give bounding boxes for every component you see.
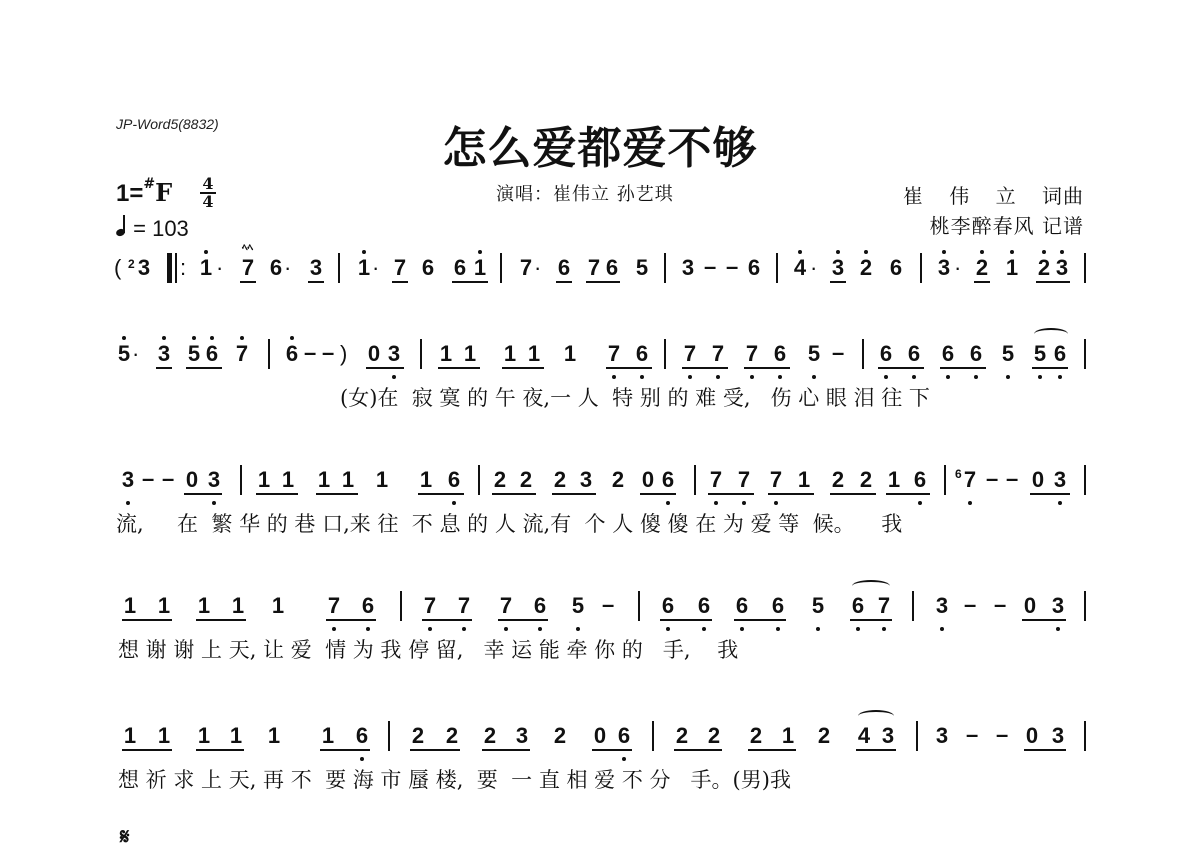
- hold-dash: –: [964, 594, 976, 616]
- note: 7: [456, 595, 472, 617]
- octave-down-dot: [856, 627, 860, 631]
- note: 6: [452, 257, 468, 279]
- note: 5: [1000, 343, 1016, 365]
- lyric-line: 流, 在 繁 华 的 巷 口,来 往 不 息 的 人 流,有 个 人 傻 傻 在…: [116, 508, 902, 538]
- note: 7: [606, 343, 622, 365]
- beam-underline: [122, 619, 172, 621]
- note: 7: [326, 595, 342, 617]
- barline: [268, 339, 270, 369]
- beam-underline: [326, 619, 376, 621]
- hold-dash: –: [304, 342, 316, 364]
- quarter-note-stem: [123, 215, 125, 233]
- note: 6: [906, 343, 922, 365]
- barline: [400, 591, 402, 621]
- note: 1: [156, 725, 172, 747]
- note: 6: [446, 469, 462, 491]
- note: 3: [880, 725, 896, 747]
- hold-dash: –: [162, 468, 174, 490]
- barline: [500, 253, 502, 283]
- note: 3: [308, 257, 324, 279]
- beam-underline: [748, 749, 796, 751]
- segno-icon: 𝄋: [120, 824, 129, 850]
- beam-underline: [320, 749, 370, 751]
- note: 6: [1052, 343, 1068, 365]
- beam-underline: [1036, 281, 1070, 283]
- octave-down-dot: [666, 501, 670, 505]
- note: 7: [234, 343, 250, 365]
- note: 6: [634, 343, 650, 365]
- beam-underline: [552, 493, 596, 495]
- beam-underline: [660, 619, 712, 621]
- meter-top: 4: [200, 176, 216, 192]
- note: 3: [206, 469, 222, 491]
- barline: [912, 591, 914, 621]
- note: 3: [386, 343, 402, 365]
- octave-down-dot: [392, 375, 396, 379]
- beam-underline: [734, 619, 786, 621]
- beam-underline: [886, 493, 930, 495]
- beam-underline: [366, 367, 404, 369]
- octave-down-dot: [740, 627, 744, 631]
- note: 1: [230, 595, 246, 617]
- notation-symbol: ·: [132, 343, 139, 365]
- octave-up-dot: [980, 250, 984, 254]
- note: 6: [746, 257, 762, 279]
- slur-tie: [1034, 328, 1068, 340]
- note: 7: [498, 595, 514, 617]
- beam-underline: [744, 367, 790, 369]
- note: 3: [578, 469, 594, 491]
- octave-down-dot: [882, 627, 886, 631]
- beam-underline: [156, 367, 172, 369]
- note: 1: [462, 343, 478, 365]
- note: 2: [858, 469, 874, 491]
- note: 2: [830, 469, 846, 491]
- mordent-icon: ﾍﾍ: [242, 243, 253, 254]
- beam-underline: [830, 281, 846, 283]
- octave-down-dot: [622, 757, 626, 761]
- singer-credit: 演唱：崔伟立 孙艺琪: [496, 180, 674, 206]
- note: 7: [744, 343, 760, 365]
- octave-down-dot: [884, 375, 888, 379]
- note: 0: [366, 343, 382, 365]
- octave-down-dot: [716, 375, 720, 379]
- beam-underline: [308, 281, 324, 283]
- note: 6: [660, 595, 676, 617]
- note: 6: [604, 257, 620, 279]
- note: 6: [360, 595, 376, 617]
- barline: [862, 339, 864, 369]
- barline: [388, 721, 390, 751]
- notation-symbol: ·: [534, 257, 541, 279]
- note: 1: [316, 469, 332, 491]
- octave-down-dot: [126, 501, 130, 505]
- hold-dash: –: [726, 256, 738, 278]
- barline: [338, 253, 340, 283]
- octave-up-dot: [942, 250, 946, 254]
- note: 1: [526, 343, 542, 365]
- note: 2: [1036, 257, 1052, 279]
- note: 3: [680, 257, 696, 279]
- octave-up-dot: [122, 336, 126, 340]
- octave-down-dot: [640, 375, 644, 379]
- note: 2: [518, 469, 534, 491]
- octave-down-dot: [666, 627, 670, 631]
- note: 5: [116, 343, 132, 365]
- lyric-line: (女)在 寂 寞 的 午 夜,一 人 特 别 的 难 受, 伤 心 眼 泪 往 …: [340, 382, 930, 412]
- note: 7: [876, 595, 892, 617]
- octave-down-dot: [504, 627, 508, 631]
- beam-underline: [492, 493, 536, 495]
- beam-underline: [830, 493, 876, 495]
- octave-down-dot: [612, 375, 616, 379]
- grace-note: 2: [128, 258, 135, 270]
- note: 1: [796, 469, 812, 491]
- note: 5: [806, 343, 822, 365]
- note: 2: [552, 469, 568, 491]
- notation-symbol: ): [340, 343, 347, 365]
- beam-underline: [674, 749, 722, 751]
- key-signature: 1=#F: [116, 178, 172, 208]
- note: 6: [968, 343, 984, 365]
- beam-underline: [186, 367, 222, 369]
- beam-underline: [196, 749, 244, 751]
- octave-down-dot: [212, 501, 216, 505]
- song-title: 怎么爱都爱不够: [0, 112, 1200, 176]
- hold-dash: –: [986, 468, 998, 490]
- octave-down-dot: [332, 627, 336, 631]
- note: 6: [616, 725, 632, 747]
- hold-dash: –: [322, 342, 334, 364]
- notation-symbol: ·: [954, 257, 961, 279]
- beam-underline: [316, 493, 358, 495]
- octave-up-dot: [210, 336, 214, 340]
- note: 6: [772, 343, 788, 365]
- barline: [240, 465, 242, 495]
- octave-down-dot: [360, 757, 364, 761]
- note: 1: [228, 725, 244, 747]
- notation-symbol: ·: [372, 257, 379, 279]
- note: 7: [422, 595, 438, 617]
- note: 1: [502, 343, 518, 365]
- beam-underline: [640, 493, 676, 495]
- key-note: F: [155, 178, 172, 207]
- note: 1: [156, 595, 172, 617]
- note: 7: [518, 257, 534, 279]
- note: 6: [878, 343, 894, 365]
- repeat-barline: [167, 253, 172, 283]
- beam-underline: [122, 749, 172, 751]
- transcriber-credit: 桃李醉春风 记谱: [930, 210, 1084, 239]
- tempo-value: = 103: [133, 216, 189, 241]
- octave-up-dot: [162, 336, 166, 340]
- barline: [920, 253, 922, 283]
- barline: [1084, 339, 1086, 369]
- octave-down-dot: [918, 501, 922, 505]
- beam-underline: [592, 749, 632, 751]
- note: 6: [556, 257, 572, 279]
- beam-underline: [418, 493, 464, 495]
- hold-dash: –: [602, 594, 614, 616]
- beam-underline: [1032, 367, 1068, 369]
- beam-underline: [452, 281, 488, 283]
- note: 1: [320, 725, 336, 747]
- beam-underline: [482, 749, 530, 751]
- note: 1: [280, 469, 296, 491]
- note: 7: [392, 257, 408, 279]
- note: 2: [816, 725, 832, 747]
- hold-dash: –: [1006, 468, 1018, 490]
- barline: [175, 253, 177, 283]
- octave-down-dot: [912, 375, 916, 379]
- beam-underline: [422, 619, 472, 621]
- barline: [652, 721, 654, 751]
- beam-underline: [184, 493, 222, 495]
- note: 3: [936, 257, 952, 279]
- hold-dash: –: [966, 724, 978, 746]
- beam-underline: [974, 281, 990, 283]
- barline: [1084, 721, 1086, 751]
- note: 2: [974, 257, 990, 279]
- note: 3: [120, 469, 136, 491]
- note: 4: [856, 725, 872, 747]
- note: 0: [640, 469, 656, 491]
- octave-down-dot: [968, 501, 972, 505]
- barline: [944, 465, 946, 495]
- octave-up-dot: [362, 250, 366, 254]
- note: 2: [444, 725, 460, 747]
- beam-underline: [708, 493, 754, 495]
- note: 1: [886, 469, 902, 491]
- beam-underline: [1024, 749, 1066, 751]
- note: 5: [1032, 343, 1048, 365]
- tempo-marking: = 103: [116, 216, 189, 242]
- note: 3: [136, 257, 152, 279]
- octave-down-dot: [1006, 375, 1010, 379]
- barline: [1084, 591, 1086, 621]
- octave-down-dot: [1056, 627, 1060, 631]
- note: 1: [418, 469, 434, 491]
- note: 5: [570, 595, 586, 617]
- note: 1: [122, 725, 138, 747]
- note: 1: [266, 725, 282, 747]
- note: 6: [770, 595, 786, 617]
- note: 2: [492, 469, 508, 491]
- beam-underline: [256, 493, 298, 495]
- barline: [776, 253, 778, 283]
- lyric-line: 想 谢 谢 上 天, 让 爱 情 为 我 停 留, 幸 运 能 牵 你 的 手,…: [118, 634, 738, 664]
- note: 7: [708, 469, 724, 491]
- note: 3: [1050, 725, 1066, 747]
- note: 6: [888, 257, 904, 279]
- lyric-line: 想 祈 求 上 天, 再 不 要 海 市 蜃 楼, 要 一 直 相 爱 不 分 …: [118, 764, 791, 794]
- octave-up-dot: [1060, 250, 1064, 254]
- barline: [664, 339, 666, 369]
- beam-underline: [768, 493, 814, 495]
- note: 3: [514, 725, 530, 747]
- note: 2: [482, 725, 498, 747]
- beam-underline: [502, 367, 544, 369]
- octave-up-dot: [240, 336, 244, 340]
- beam-underline: [498, 619, 548, 621]
- note: 1: [270, 595, 286, 617]
- note: 7: [586, 257, 602, 279]
- note: 2: [674, 725, 690, 747]
- note: 6: [850, 595, 866, 617]
- note: 6: [940, 343, 956, 365]
- hold-dash: –: [832, 342, 844, 364]
- hold-dash: –: [142, 468, 154, 490]
- octave-down-dot: [688, 375, 692, 379]
- notation-symbol: (: [114, 257, 121, 279]
- note: 4: [792, 257, 808, 279]
- note: 7: [768, 469, 784, 491]
- note: 3: [934, 595, 950, 617]
- octave-down-dot: [1038, 375, 1042, 379]
- beam-underline: [856, 749, 896, 751]
- beam-underline: [878, 367, 924, 369]
- note: 7: [962, 469, 978, 491]
- barline: [664, 253, 666, 283]
- note: 5: [186, 343, 202, 365]
- note: 2: [552, 725, 568, 747]
- beam-underline: [410, 749, 460, 751]
- octave-up-dot: [204, 250, 208, 254]
- note: 3: [830, 257, 846, 279]
- note: 1: [438, 343, 454, 365]
- octave-down-dot: [974, 375, 978, 379]
- note: 1: [256, 469, 272, 491]
- note: 6: [734, 595, 750, 617]
- octave-down-dot: [946, 375, 950, 379]
- notation-symbol: ·: [216, 257, 223, 279]
- beam-underline: [1022, 619, 1066, 621]
- octave-down-dot: [366, 627, 370, 631]
- note: 2: [748, 725, 764, 747]
- octave-down-dot: [776, 627, 780, 631]
- slur-tie: [852, 580, 890, 592]
- octave-down-dot: [1058, 375, 1062, 379]
- octave-down-dot: [538, 627, 542, 631]
- note: 6: [284, 343, 300, 365]
- lyrics-music-credit: 崔 伟 立 词曲: [903, 180, 1084, 209]
- octave-down-dot: [816, 627, 820, 631]
- note: 1: [472, 257, 488, 279]
- beam-underline: [556, 281, 572, 283]
- octave-up-dot: [1042, 250, 1046, 254]
- note: 1: [196, 725, 212, 747]
- barline: [478, 465, 480, 495]
- octave-down-dot: [774, 501, 778, 505]
- note: 2: [410, 725, 426, 747]
- beam-underline: [438, 367, 480, 369]
- octave-down-dot: [778, 375, 782, 379]
- note: 3: [1054, 257, 1070, 279]
- octave-down-dot: [452, 501, 456, 505]
- note: 3: [934, 725, 950, 747]
- note: 0: [592, 725, 608, 747]
- note: 6: [204, 343, 220, 365]
- note: 7: [710, 343, 726, 365]
- hold-dash: –: [996, 724, 1008, 746]
- note: 1: [780, 725, 796, 747]
- octave-up-dot: [478, 250, 482, 254]
- octave-down-dot: [812, 375, 816, 379]
- note: 1: [198, 257, 214, 279]
- key-prefix: 1=: [116, 180, 143, 207]
- note: 0: [1030, 469, 1046, 491]
- meter-bottom: 4: [200, 194, 216, 210]
- note: 2: [858, 257, 874, 279]
- beam-underline: [850, 619, 892, 621]
- octave-up-dot: [864, 250, 868, 254]
- octave-up-dot: [290, 336, 294, 340]
- note: 6: [420, 257, 436, 279]
- note: 6: [532, 595, 548, 617]
- octave-down-dot: [714, 501, 718, 505]
- note: 0: [1022, 595, 1038, 617]
- note: 7: [682, 343, 698, 365]
- octave-up-dot: [1010, 250, 1014, 254]
- octave-down-dot: [462, 627, 466, 631]
- note: 6: [696, 595, 712, 617]
- beam-underline: [940, 367, 986, 369]
- octave-down-dot: [750, 375, 754, 379]
- beam-underline: [240, 281, 256, 283]
- beam-underline: [682, 367, 728, 369]
- note: 7: [736, 469, 752, 491]
- octave-down-dot: [1058, 501, 1062, 505]
- note: 6: [268, 257, 284, 279]
- octave-down-dot: [428, 627, 432, 631]
- beam-underline: [606, 367, 652, 369]
- note: 5: [810, 595, 826, 617]
- note: 2: [610, 469, 626, 491]
- hold-dash: –: [704, 256, 716, 278]
- note: 1: [340, 469, 356, 491]
- note: 2: [706, 725, 722, 747]
- beam-underline: [1030, 493, 1070, 495]
- barline: [638, 591, 640, 621]
- octave-up-dot: [836, 250, 840, 254]
- note: 7ﾍﾍ: [240, 257, 256, 279]
- beam-underline: [196, 619, 246, 621]
- octave-up-dot: [192, 336, 196, 340]
- note: 1: [374, 469, 390, 491]
- note: 5: [634, 257, 650, 279]
- note: 3: [156, 343, 172, 365]
- octave-down-dot: [742, 501, 746, 505]
- time-signature: 4 4: [200, 176, 216, 210]
- barline: [916, 721, 918, 751]
- notation-symbol: ·: [810, 257, 817, 279]
- barline: [1084, 253, 1086, 283]
- note: 3: [1052, 469, 1068, 491]
- note: 1: [1004, 257, 1020, 279]
- note: 1: [196, 595, 212, 617]
- beam-underline: [392, 281, 408, 283]
- notation-symbol: :: [180, 257, 186, 279]
- sharp-sign: #: [143, 176, 155, 192]
- grace-note: 6: [955, 468, 962, 480]
- note: 6: [354, 725, 370, 747]
- octave-down-dot: [702, 627, 706, 631]
- note: 6: [660, 469, 676, 491]
- hold-dash: –: [994, 594, 1006, 616]
- note: 1: [356, 257, 372, 279]
- note: 3: [1050, 595, 1066, 617]
- barline: [694, 465, 696, 495]
